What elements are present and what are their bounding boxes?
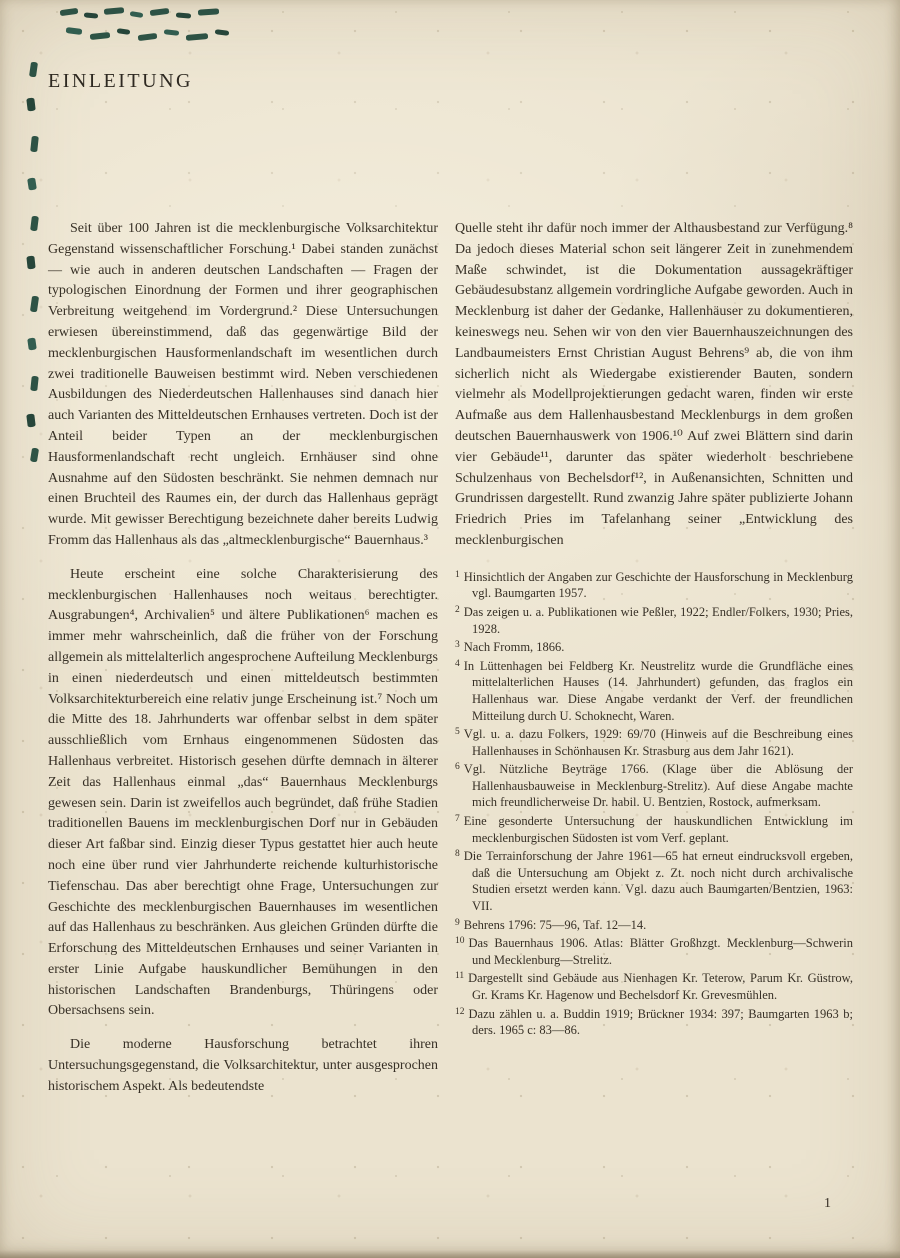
binding-mark	[30, 448, 39, 463]
footnote-number: 8	[455, 849, 464, 859]
footnote-number: 11	[455, 971, 468, 981]
footnote-text: Dazu zählen u. a. Buddin 1919; Brückner …	[469, 1007, 854, 1038]
book-page: EINLEITUNG Seit über 100 Jahren ist die …	[0, 0, 900, 1258]
binding-mark	[150, 8, 170, 16]
binding-mark	[215, 29, 230, 36]
footnote-text: Das Bauernhaus 1906. Atlas: Blätter Groß…	[469, 936, 854, 967]
binding-mark	[27, 338, 37, 351]
footnote-number: 7	[455, 814, 464, 824]
footnote-number: 6	[455, 762, 464, 772]
paragraph: Quelle steht ihr dafür noch immer der Al…	[455, 219, 853, 552]
footnote: 6Vgl. Nützliche Beyträge 1766. (Klage üb…	[455, 759, 853, 811]
binding-mark	[30, 216, 39, 232]
footnotes: 1Hinsichtlich der Angaben zur Geschichte…	[455, 567, 853, 1039]
binding-mark	[30, 376, 39, 392]
footnote: 11Dargestellt sind Gebäude aus Nienhagen…	[455, 968, 853, 1003]
paragraph: Seit über 100 Jahren ist die mecklenburg…	[48, 219, 438, 552]
footnote-text: Die Terrainforschung der Jahre 1961—65 h…	[464, 849, 853, 913]
paragraph: Heute erscheint eine solche Charakterisi…	[48, 565, 438, 1023]
footnote: 9Behrens 1796: 75—96, Taf. 12—14.	[455, 915, 853, 934]
footnote: 10Das Bauernhaus 1906. Atlas: Blätter Gr…	[455, 933, 853, 968]
binding-mark	[117, 28, 131, 35]
binding-mark	[104, 7, 124, 15]
binding-mark	[84, 12, 98, 18]
footnote-number: 12	[455, 1007, 469, 1017]
footnote-number: 1	[455, 570, 464, 580]
binding-mark	[27, 177, 37, 190]
footnote-number: 3	[455, 640, 464, 650]
binding-mark	[26, 98, 36, 112]
footnote: 7Eine gesonderte Untersuchung der hausku…	[455, 811, 853, 846]
binding-mark	[26, 414, 36, 428]
binding-mark	[130, 11, 144, 18]
binding-mark	[66, 27, 83, 35]
text-columns: Seit über 100 Jahren ist die mecklenburg…	[48, 219, 853, 1098]
footnote-number: 4	[455, 659, 464, 669]
footnote: 12Dazu zählen u. a. Buddin 1919; Brückne…	[455, 1004, 853, 1039]
binding-mark	[90, 32, 111, 40]
binding-mark	[29, 62, 38, 78]
footnote-number: 5	[455, 727, 464, 737]
footnote-text: Das zeigen u. a. Publikationen wie Peßle…	[464, 605, 853, 636]
footnote: 2Das zeigen u. a. Publikationen wie Peßl…	[455, 602, 853, 637]
binding-mark	[30, 296, 39, 313]
binding-mark	[176, 12, 191, 18]
footnote-text: Vgl. Nützliche Beyträge 1766. (Klage übe…	[464, 762, 853, 809]
binding-mark	[164, 29, 179, 36]
binding-mark	[26, 256, 35, 270]
footnote: 8Die Terrainforschung der Jahre 1961—65 …	[455, 846, 853, 914]
footnote-text: Nach Fromm, 1866.	[464, 640, 565, 654]
right-column: Quelle steht ihr dafür noch immer der Al…	[455, 219, 853, 1039]
paragraph: Die moderne Hausforschung betrachtet ihr…	[48, 1035, 438, 1097]
footnote-text: Behrens 1796: 75—96, Taf. 12—14.	[464, 918, 647, 932]
footnote: 5Vgl. u. a. dazu Folkers, 1929: 69/70 (H…	[455, 724, 853, 759]
footnote: 3Nach Fromm, 1866.	[455, 637, 853, 656]
footnote: 1Hinsichtlich der Angaben zur Geschichte…	[455, 567, 853, 602]
binding-mark	[60, 8, 79, 16]
binding-mark	[186, 33, 208, 41]
page-title: EINLEITUNG	[48, 70, 193, 93]
footnote-text: Eine gesonderte Untersuchung der hauskun…	[464, 814, 853, 845]
footnote: 4In Lüttenhagen bei Feldberg Kr. Neustre…	[455, 656, 853, 724]
left-column: Seit über 100 Jahren ist die mecklenburg…	[48, 219, 438, 1098]
footnote-number: 10	[455, 936, 469, 946]
footnote-number: 2	[455, 605, 464, 615]
footnote-text: In Lüttenhagen bei Feldberg Kr. Neustrel…	[464, 659, 853, 723]
footnote-text: Dargestellt sind Gebäude aus Nienhagen K…	[468, 971, 853, 1002]
footnote-text: Hinsichtlich der Angaben zur Geschichte …	[464, 570, 853, 601]
binding-mark	[30, 136, 39, 153]
binding-mark	[138, 33, 158, 41]
binding-mark	[198, 8, 219, 15]
footnote-number: 9	[455, 918, 464, 928]
footnote-text: Vgl. u. a. dazu Folkers, 1929: 69/70 (Hi…	[464, 727, 853, 758]
page-number: 1	[824, 1196, 832, 1212]
